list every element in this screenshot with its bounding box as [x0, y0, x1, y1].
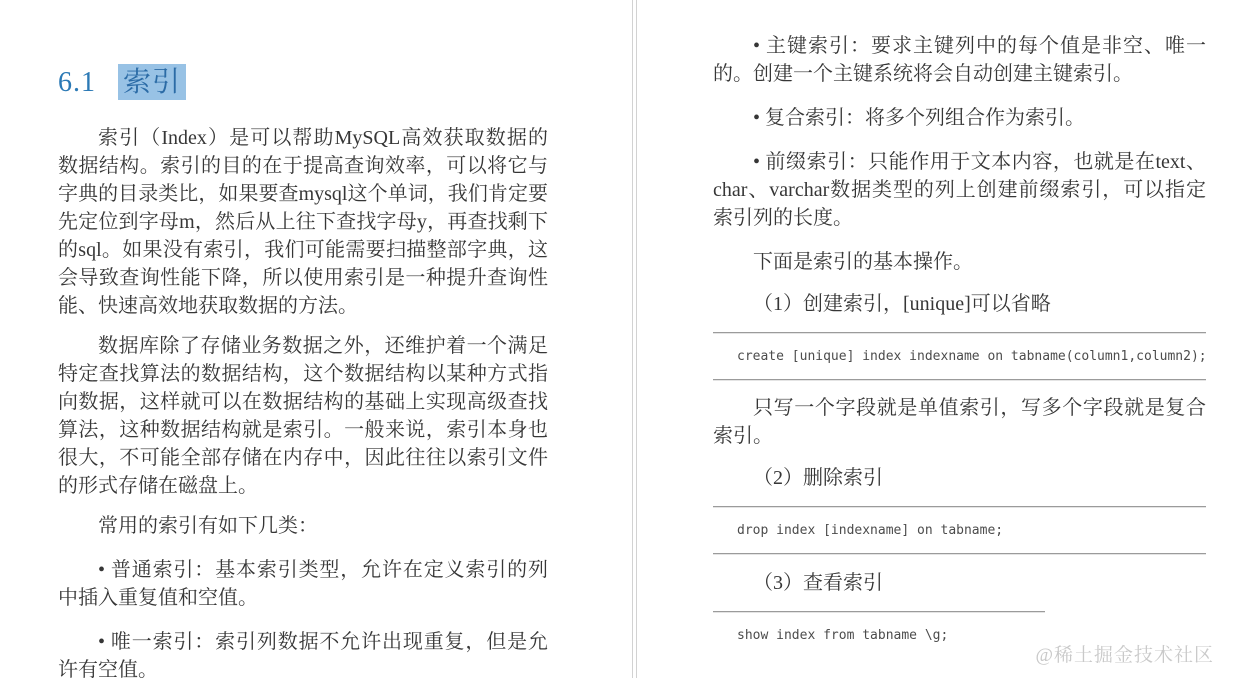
code-rule-bottom [713, 379, 1206, 381]
paragraph-index-structure: 数据库除了存储业务数据之外，还维护着一个满足特定查找算法的数据结构，这个数据结构… [58, 332, 548, 500]
step-label-create-index: （1）创建索引，[unique]可以省略 [713, 290, 1206, 318]
bullet-item-composite-index: • 复合索引：将多个列组合作为索引。 [713, 104, 1206, 132]
section-title-highlight: 索引 [118, 64, 186, 100]
bullet-item-unique-index: • 唯一索引：索引列数据不允许出现重复，但是允许有空值。 [58, 628, 548, 678]
section-heading: 6.1索引 [58, 64, 548, 102]
code-line-drop-index: drop index [indexname] on tabname; [713, 508, 1206, 553]
bullet-item-primary-key-index: • 主键索引：要求主键列中的每个值是非空、唯一的。创建一个主键系统将会自动创建主… [713, 32, 1206, 88]
watermark-juejin-community: @稀土掘金技术社区 [1032, 640, 1215, 667]
code-block-create-index: create [unique] index indexname on tabna… [713, 332, 1206, 381]
bullet-item-normal-index: • 普通索引：基本索引类型，允许在定义索引的列中插入重复值和空值。 [58, 556, 548, 612]
paragraph-index-intro: 索引（Index）是可以帮助MySQL高效获取数据的数据结构。索引的目的在于提高… [58, 124, 548, 320]
bullet-item-prefix-index: • 前缀索引：只能作用于文本内容，也就是在text、char、varchar数据… [713, 148, 1206, 232]
left-page: 6.1索引 索引（Index）是可以帮助MySQL高效获取数据的数据结构。索引的… [0, 0, 633, 678]
step-label-drop-index: （2）删除索引 [713, 464, 1206, 492]
code-line-create-index: create [unique] index indexname on tabna… [713, 334, 1206, 379]
paragraph-index-types-intro: 常用的索引有如下几类： [58, 512, 548, 540]
document-spread: 6.1索引 索引（Index）是可以帮助MySQL高效获取数据的数据结构。索引的… [0, 0, 1240, 678]
paragraph-single-vs-composite: 只写一个字段就是单值索引，写多个字段就是复合索引。 [713, 394, 1206, 450]
code-rule-bottom [713, 553, 1206, 555]
step-label-show-index: （3）查看索引 [713, 569, 1206, 597]
right-page: • 主键索引：要求主键列中的每个值是非空、唯一的。创建一个主键系统将会自动创建主… [636, 0, 1240, 678]
code-block-drop-index: drop index [indexname] on tabname; [713, 506, 1206, 555]
section-number: 6.1 [58, 67, 96, 98]
paragraph-basic-operations-intro: 下面是索引的基本操作。 [713, 248, 1206, 276]
